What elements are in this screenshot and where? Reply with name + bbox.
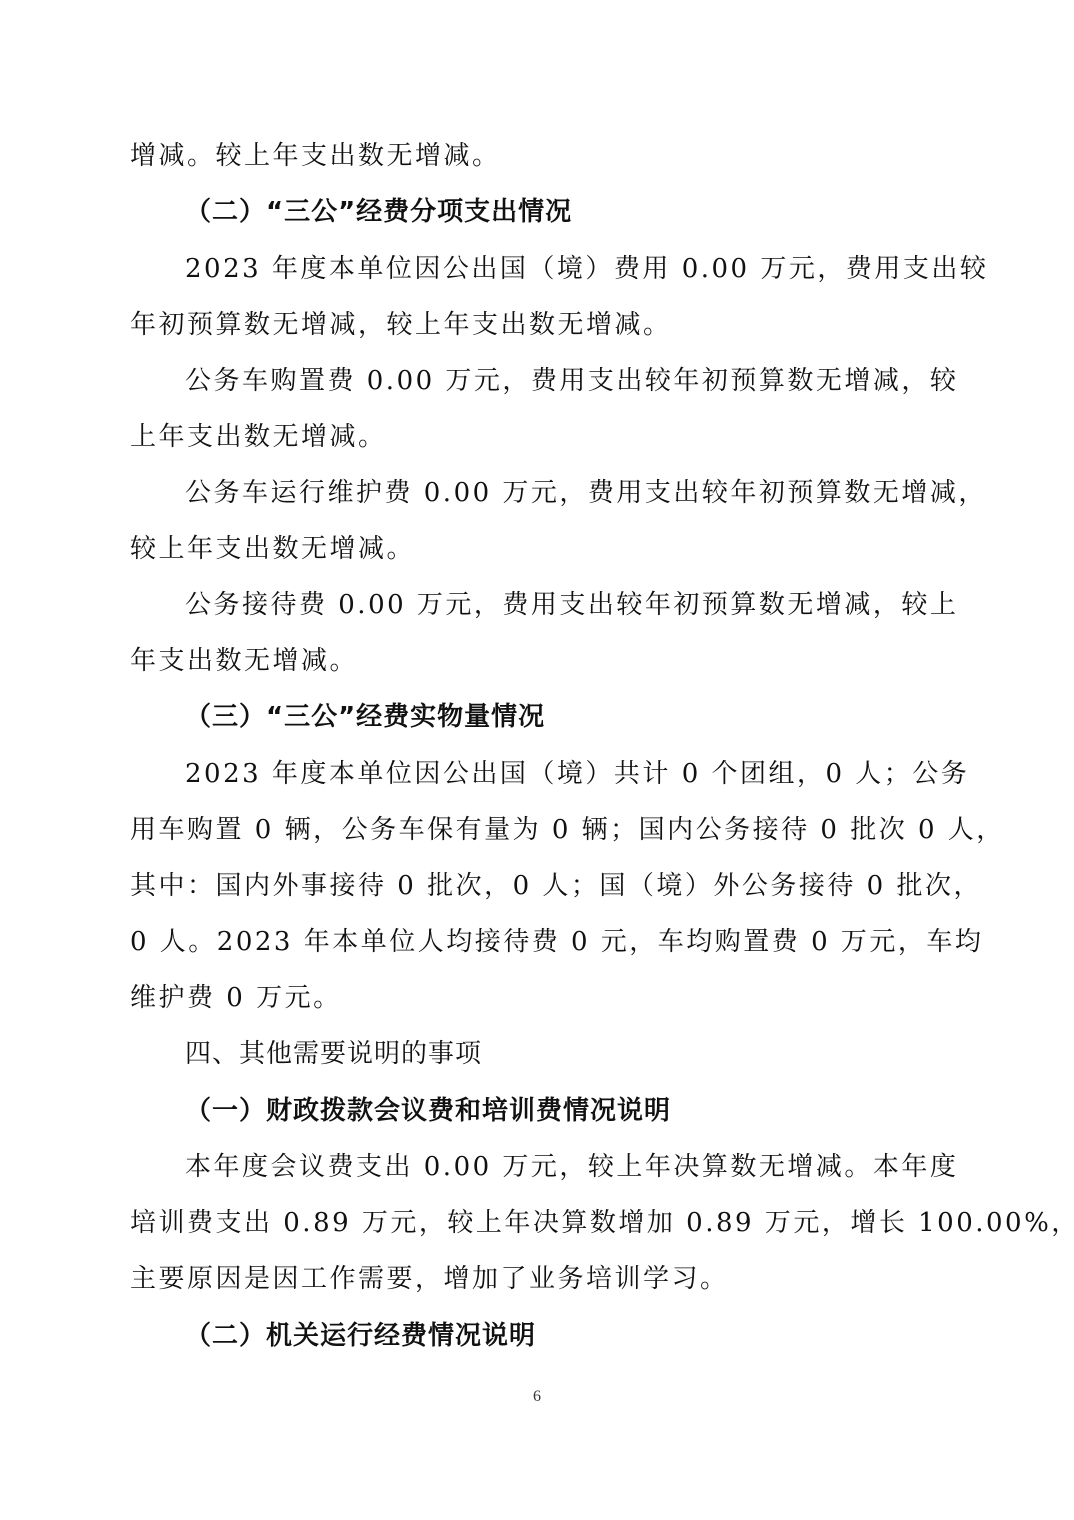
- paragraph-line: 用车购置 0 辆，公务车保有量为 0 辆；国内公务接待 0 批次 0 人，: [130, 810, 946, 850]
- paragraph-line: 2023 年度本单位因公出国（境）费用 0.00 万元，费用支出较: [185, 249, 946, 289]
- paragraph-line: 主要原因是因工作需要，增加了业务培训学习。: [130, 1259, 946, 1299]
- paragraph-line: 公务车购置费 0.00 万元，费用支出较年初预算数无增减，较: [185, 361, 946, 401]
- section-heading-operating-expenses: （二）机关运行经费情况说明: [185, 1316, 536, 1356]
- paragraph-line: 维护费 0 万元。: [130, 978, 946, 1018]
- paragraph-line: 年初预算数无增减，较上年支出数无增减。: [130, 305, 946, 345]
- section-heading-three-public-physical: （三）“三公”经费实物量情况: [185, 697, 545, 737]
- document-page: 增减。较上年支出数无增减。 （二）“三公”经费分项支出情况 2023 年度本单位…: [0, 0, 1074, 1520]
- paragraph-line: 公务车运行维护费 0.00 万元，费用支出较年初预算数无增减，: [185, 473, 946, 513]
- section-heading-three-public-itemized: （二）“三公”经费分项支出情况: [185, 192, 572, 232]
- paragraph-line: 其中：国内外事接待 0 批次，0 人；国（境）外公务接待 0 批次，: [130, 866, 946, 906]
- paragraph-line: 增减。较上年支出数无增减。: [130, 136, 946, 176]
- paragraph-line: 0 人。2023 年本单位人均接待费 0 元，车均购置费 0 万元，车均: [130, 922, 946, 962]
- paragraph-line: 年支出数无增减。: [130, 641, 946, 681]
- paragraph-line: 本年度会议费支出 0.00 万元，较上年决算数无增减。本年度: [185, 1147, 946, 1187]
- paragraph-line: 2023 年度本单位因公出国（境）共计 0 个团组，0 人；公务: [185, 754, 946, 794]
- paragraph-line: 上年支出数无增减。: [130, 417, 946, 457]
- page-number: 6: [0, 1388, 1074, 1406]
- section-heading-meeting-training-fees: （一）财政拨款会议费和培训费情况说明: [185, 1091, 671, 1131]
- section-heading-other-matters: 四、其他需要说明的事项: [185, 1034, 482, 1074]
- paragraph-line: 较上年支出数无增减。: [130, 529, 946, 569]
- paragraph-line: 培训费支出 0.89 万元，较上年决算数增加 0.89 万元，增长 100.00…: [130, 1203, 946, 1243]
- paragraph-line: 公务接待费 0.00 万元，费用支出较年初预算数无增减，较上: [185, 585, 946, 625]
